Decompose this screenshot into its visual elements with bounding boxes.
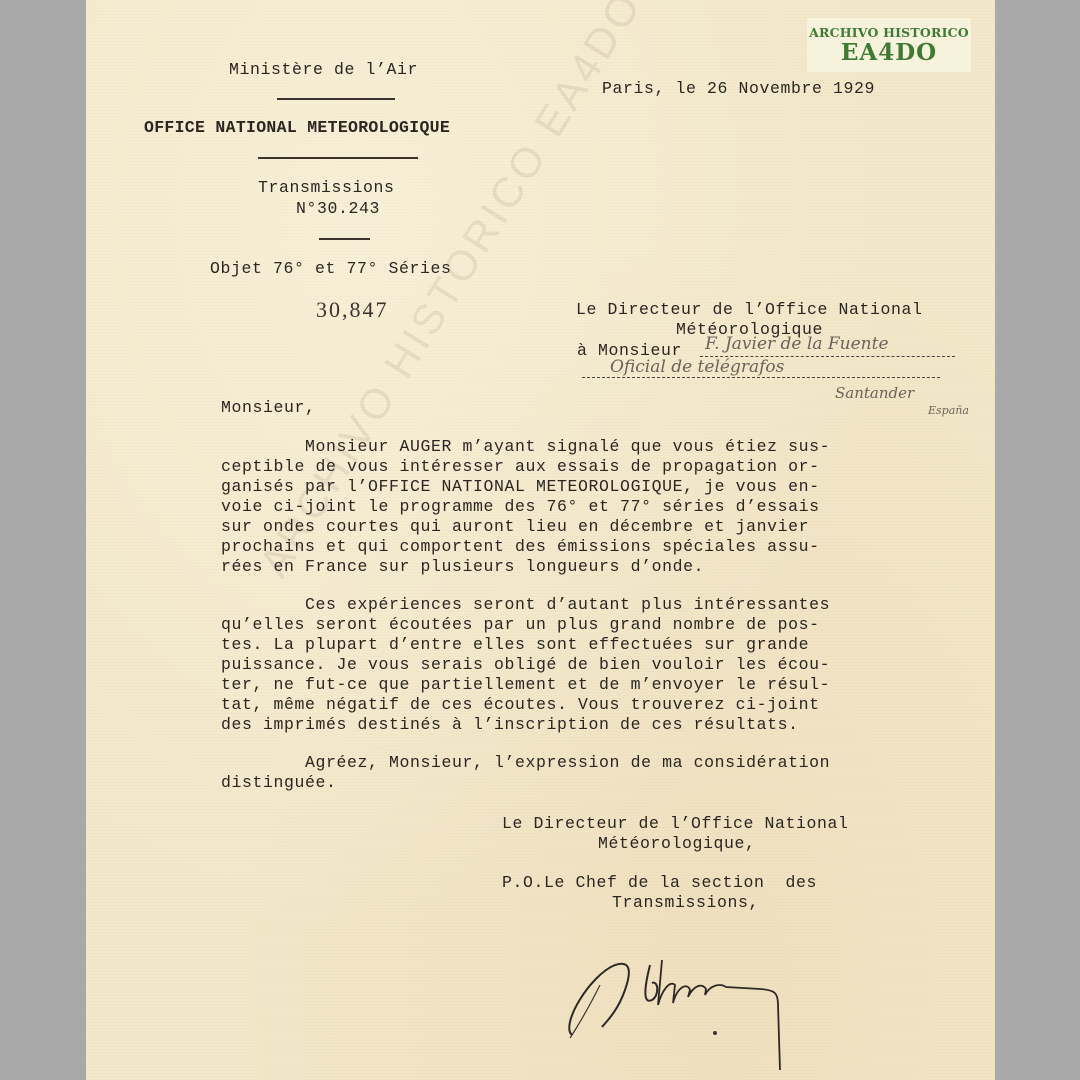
paragraph-1: Monsieur AUGER m’ayant signalé que vous …: [221, 437, 921, 577]
signature-line2: Météorologique,: [598, 834, 756, 854]
badge-line1: ARCHIVO HISTORICO: [807, 25, 971, 40]
divider-1: [277, 98, 395, 100]
handwritten-title: Oficial de telégrafos: [610, 357, 784, 377]
handwritten-city: Santander: [835, 384, 914, 402]
handwritten-signature: [560, 945, 820, 1075]
body-line: Agréez, Monsieur, l’expression de ma con…: [221, 753, 921, 773]
divider-3: [319, 238, 370, 240]
body-line: voie ci-joint le programme des 76° et 77…: [221, 497, 921, 517]
salutation: Monsieur,: [221, 398, 316, 418]
body-line: ceptible de vous intéresser aux essais d…: [221, 457, 921, 477]
body-line: qu’elles seront écoutées par un plus gra…: [221, 615, 921, 635]
body-line: prochains et qui comportent des émission…: [221, 537, 921, 557]
body-line: rées en France sur plusieurs longueurs d…: [221, 557, 921, 577]
body-line: des imprimés destinés à l’inscription de…: [221, 715, 921, 735]
ministry-label: Ministère de l’Air: [229, 60, 418, 80]
divider-2: [258, 157, 418, 159]
handwritten-name: F. Javier de la Fuente: [705, 334, 889, 354]
title-dotted-line: [582, 377, 940, 378]
body-line: tes. La plupart d’entre elles sont effec…: [221, 635, 921, 655]
stamp-number: 30,847: [316, 300, 389, 320]
body-line: puissance. Je vous serais obligé de bien…: [221, 655, 921, 675]
archive-badge: ARCHIVO HISTORICO EA4DO: [807, 18, 971, 72]
body-line: sur ondes courtes qui auront lieu en déc…: [221, 517, 921, 537]
body-line: distinguée.: [221, 773, 921, 793]
badge-line2: EA4DO: [807, 39, 971, 66]
paragraph-closing: Agréez, Monsieur, l’expression de ma con…: [221, 753, 921, 793]
paragraph-2: Ces expériences seront d’autant plus int…: [221, 595, 921, 735]
addressee-line1: Le Directeur de l’Office National: [576, 300, 923, 320]
body-line: ganisés par l’OFFICE NATIONAL METEOROLOG…: [221, 477, 921, 497]
reference-number: N°30.243: [296, 199, 380, 219]
subject-line: Objet 76° et 77° Séries: [210, 259, 452, 279]
signature-line3: P.O.Le Chef de la section des: [502, 873, 817, 893]
handwritten-country: España: [928, 404, 969, 417]
body-line: Monsieur AUGER m’ayant signalé que vous …: [221, 437, 921, 457]
body-line: ter, ne fut-ce que partiellement et de m…: [221, 675, 921, 695]
dateline: Paris, le 26 Novembre 1929: [602, 79, 875, 99]
office-name: OFFICE NATIONAL METEOROLOGIQUE: [144, 118, 450, 138]
signature-line4: Transmissions,: [612, 893, 759, 913]
body-line: Ces expériences seront d’autant plus int…: [221, 595, 921, 615]
department-label: Transmissions: [258, 178, 395, 198]
body-line: tat, même négatif de ces écoutes. Vous t…: [221, 695, 921, 715]
signature-line1: Le Directeur de l’Office National: [502, 814, 849, 834]
